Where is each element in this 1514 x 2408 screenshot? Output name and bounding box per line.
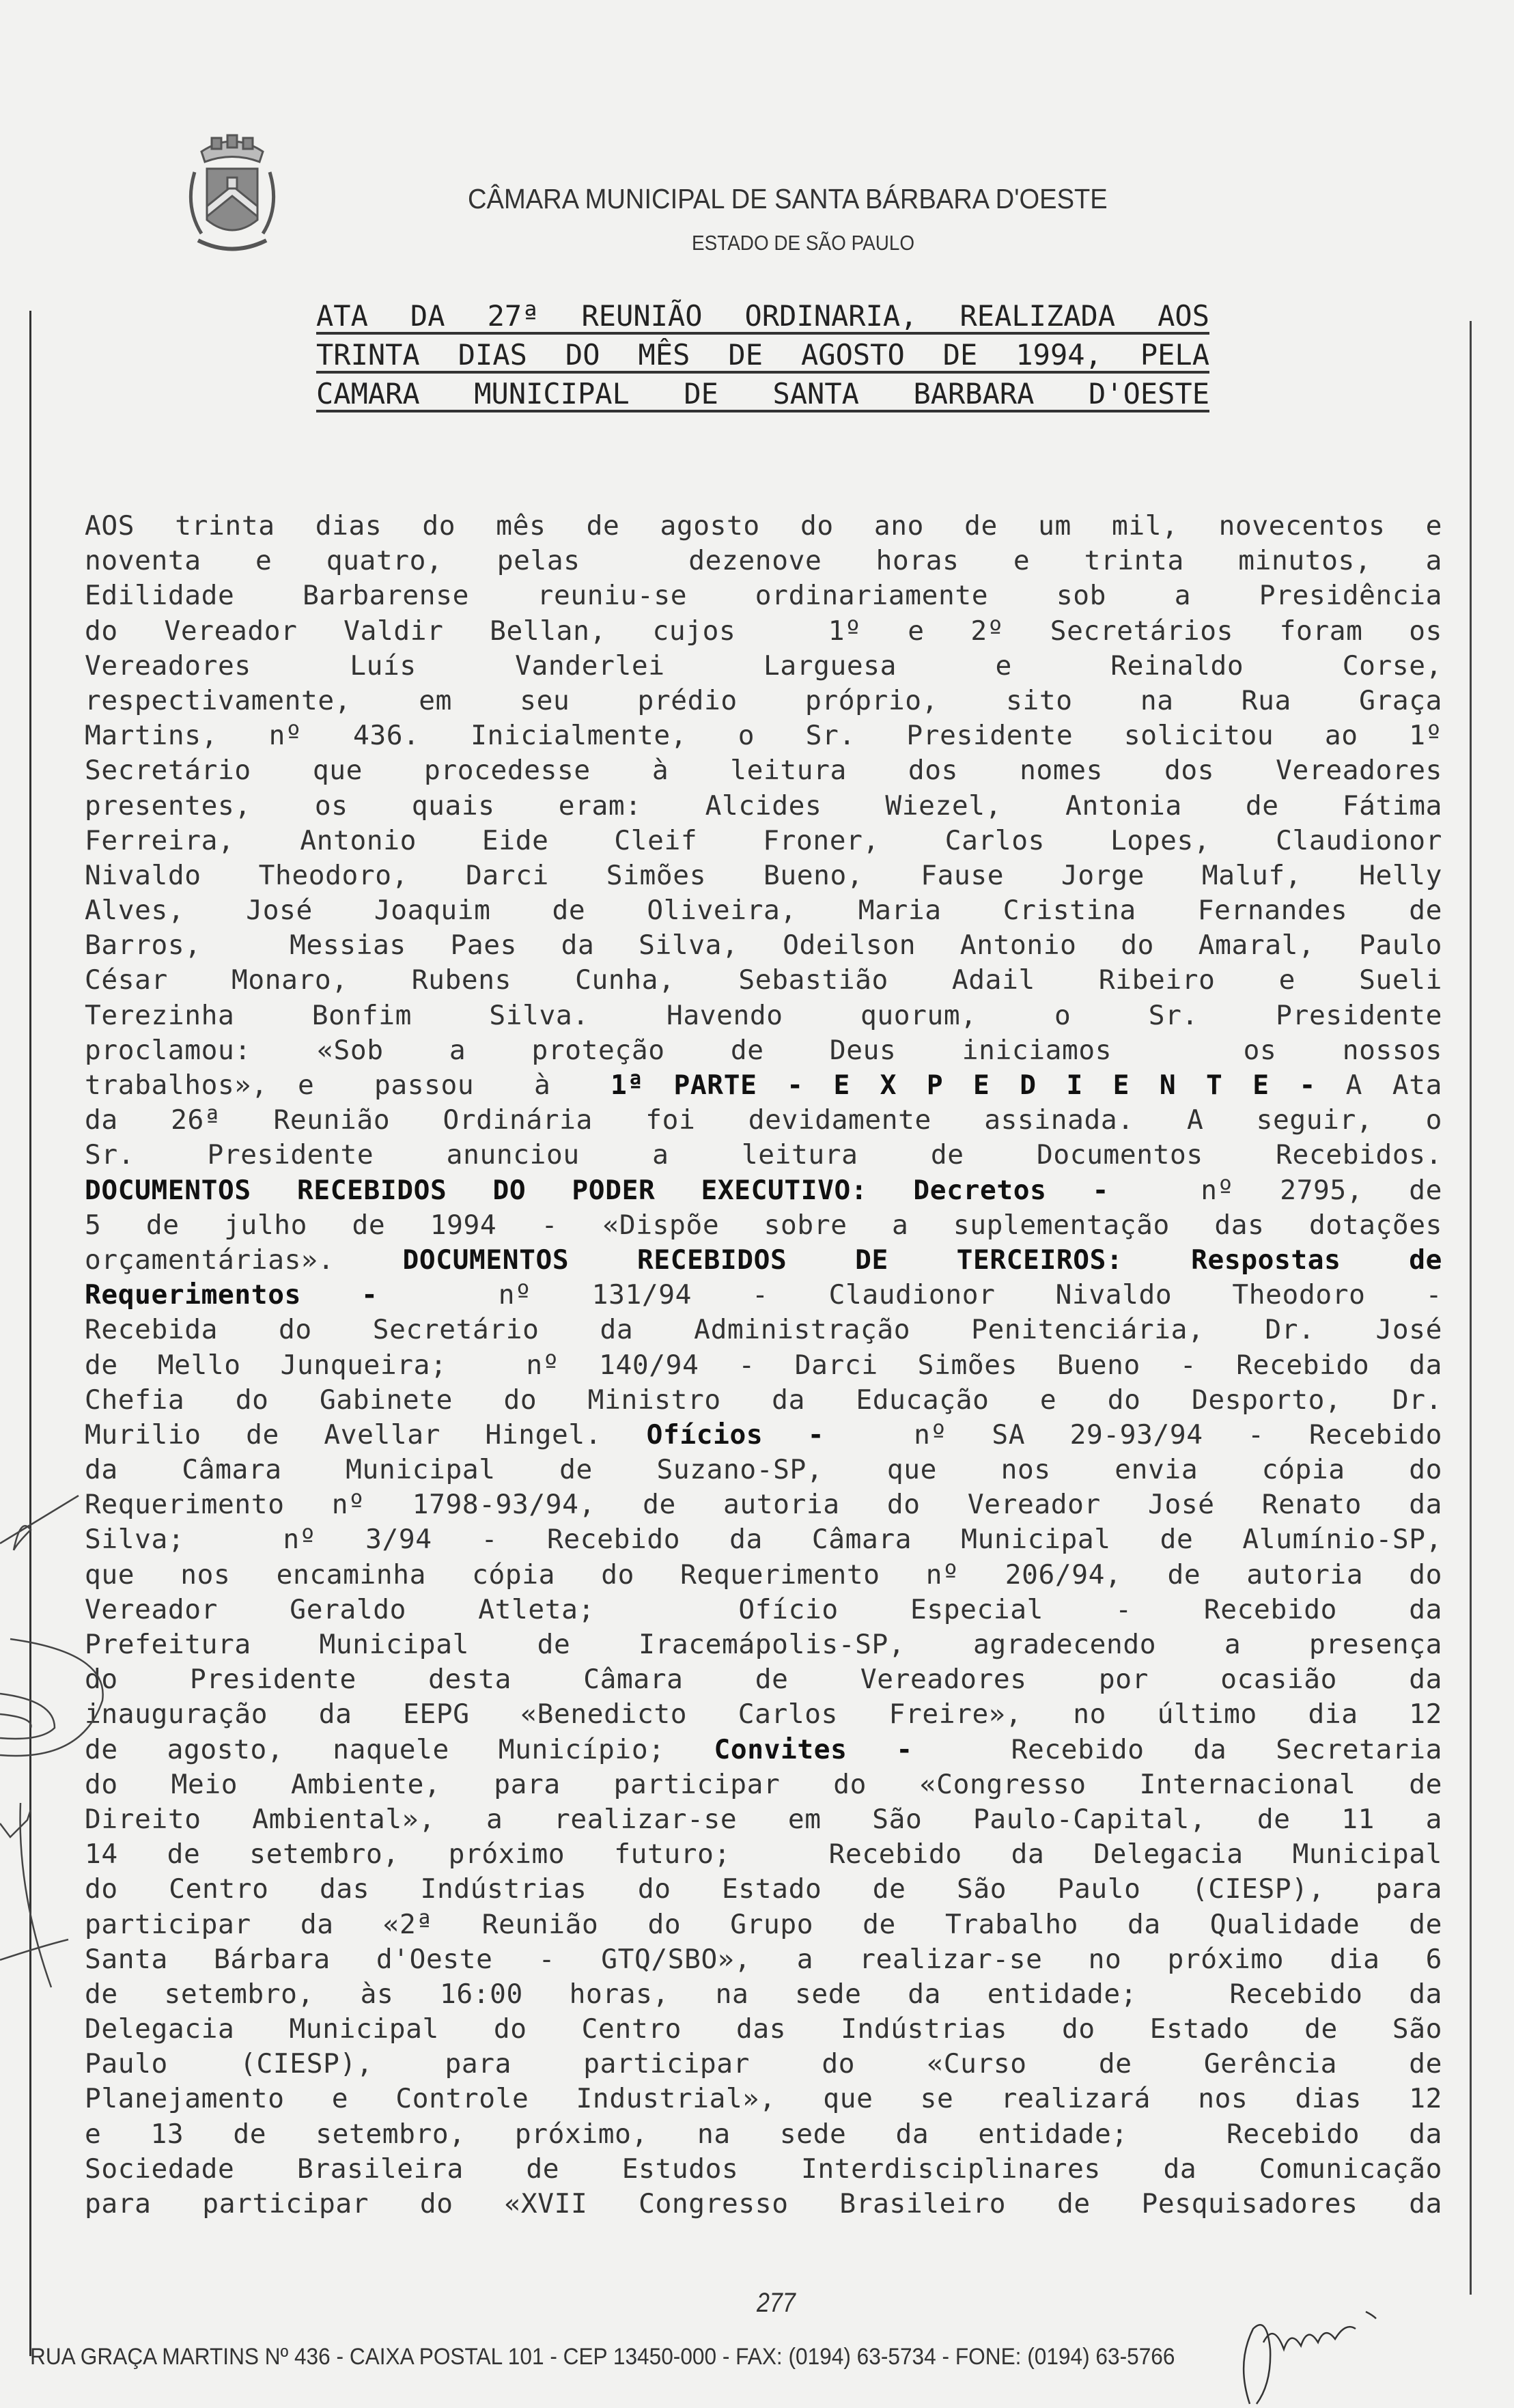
body-text-segment: A Ata — [1316, 1069, 1442, 1101]
body-text-segment: respectivamente, em seu prédio próprio, … — [85, 685, 1442, 716]
body-text-segment: de setembro, às 16:00 horas, na sede da … — [85, 1978, 1442, 2010]
title-line: ATA DA 27ª REUNIÃO ORDINARIA, REALIZADA … — [316, 300, 1209, 335]
signature-icon — [1209, 2301, 1441, 2408]
document-page: CÂMARA MUNICIPAL DE SANTA BÁRBARA D'OEST… — [0, 0, 1514, 2408]
body-line: Martins, nº 436. Inicialmente, o Sr. Pre… — [85, 718, 1442, 753]
body-line: que nos encaminha cópia do Requerimento … — [85, 1558, 1442, 1593]
body-line: inauguração da EEPG «Benedicto Carlos Fr… — [85, 1697, 1442, 1732]
document-title: ATA DA 27ª REUNIÃO ORDINARIA, REALIZADA … — [316, 300, 1209, 417]
body-text-segment: Silva; nº 3/94 - Recebido da Câmara Muni… — [85, 1524, 1442, 1555]
organization-state: ESTADO DE SÃO PAULO — [692, 231, 914, 255]
body-text-segment: do Meio Ambiente, para participar do «Co… — [85, 1769, 1442, 1800]
body-text-segment: nº 131/94 - Claudionor Nivaldo Theodoro … — [378, 1279, 1442, 1311]
body-text-segment: Vereadores Luís Vanderlei Larguesa e Rei… — [85, 650, 1442, 682]
body-line: Paulo (CIESP), para participar do «Curso… — [85, 2047, 1442, 2082]
body-text-segment: César Monaro, Rubens Cunha, Sebastião Ad… — [85, 964, 1442, 996]
body-line: Requerimento nº 1798-93/94, de autoria d… — [85, 1487, 1442, 1522]
body-line: de setembro, às 16:00 horas, na sede da … — [85, 1977, 1442, 2012]
body-line: e 13 de setembro, próximo, na sede da en… — [85, 2117, 1442, 2152]
body-text-segment: 5 de julho de 1994 - «Dispõe sobre a sup… — [85, 1209, 1442, 1241]
right-margin-rule — [1470, 321, 1472, 2295]
body-text-segment: presentes, os quais eram: Alcides Wiezel… — [85, 790, 1442, 822]
body-line: do Vereador Valdir Bellan, cujos 1º e 2º… — [85, 614, 1442, 649]
title-line: TRINTA DIAS DO MÊS DE AGOSTO DE 1994, PE… — [316, 339, 1209, 374]
body-line: Edilidade Barbarense reuniu-se ordinaria… — [85, 578, 1442, 613]
body-text-segment: Recebido da Secretaria — [913, 1734, 1442, 1765]
body-text-segment: Sr. Presidente anunciou a leitura de Doc… — [85, 1139, 1442, 1171]
body-line: Santa Bárbara d'Oeste - GTQ/SBO», a real… — [85, 1942, 1442, 1977]
body-text-segment: Murilio de Avellar Hingel. — [85, 1419, 647, 1451]
body-line: de agosto, naquele Município; Convites -… — [85, 1733, 1442, 1767]
body-line: Murilio de Avellar Hingel. Ofícios - nº … — [85, 1418, 1442, 1453]
body-text-segment: inauguração da EEPG «Benedicto Carlos Fr… — [85, 1698, 1442, 1730]
body-text-segment: Barros, Messias Paes da Silva, Odeilson … — [85, 929, 1442, 961]
body-line: Nivaldo Theodoro, Darci Simões Bueno, Fa… — [85, 858, 1442, 893]
body-text-segment: para participar do «XVII Congresso Brasi… — [85, 2188, 1442, 2220]
body-text-segment: AOS trinta dias do mês de agosto do ano … — [85, 510, 1442, 542]
body-line: Terezinha Bonfim Silva. Havendo quorum, … — [85, 998, 1442, 1033]
body-line: da Câmara Municipal de Suzano-SP, que no… — [85, 1453, 1442, 1487]
body-line: orçamentárias». DOCUMENTOS RECEBIDOS DE … — [85, 1243, 1442, 1278]
body-line: de Mello Junqueira; nº 140/94 - Darci Si… — [85, 1348, 1442, 1383]
body-line: Sociedade Brasileira de Estudos Interdis… — [85, 2152, 1442, 2187]
body-text-segment: Secretário que procedesse à leitura dos … — [85, 755, 1442, 786]
body-line: Ferreira, Antonio Eide Cleif Froner, Car… — [85, 824, 1442, 858]
footer-address: RUA GRAÇA MARTINS Nº 436 - CAIXA POSTAL … — [30, 2344, 1383, 2370]
body-text-segment: Direito Ambiental», a realizar-se em São… — [85, 1804, 1442, 1835]
body-line: respectivamente, em seu prédio próprio, … — [85, 684, 1442, 718]
body-text-segment: Alves, José Joaquim de Oliveira, Maria C… — [85, 895, 1442, 926]
body-line: Chefia do Gabinete do Ministro da Educaç… — [85, 1383, 1442, 1418]
body-line: DOCUMENTOS RECEBIDOS DO PODER EXECUTIVO:… — [85, 1173, 1442, 1208]
body-text-segment: 14 de setembro, próximo futuro; Recebido… — [85, 1838, 1442, 1870]
bold-heading: Requerimentos - — [85, 1279, 378, 1311]
margin-pen-marks — [0, 1468, 137, 2015]
body-line: 5 de julho de 1994 - «Dispõe sobre a sup… — [85, 1208, 1442, 1243]
bold-heading: Convites - — [714, 1734, 912, 1765]
page-number: 277 — [757, 2288, 796, 2319]
body-line: Recebida do Secretário da Administração … — [85, 1313, 1442, 1347]
body-text-segment: da 26ª Reunião Ordinária foi devidamente… — [85, 1104, 1442, 1136]
body-line: para participar do «XVII Congresso Brasi… — [85, 2187, 1442, 2222]
body-text-segment: Santa Bárbara d'Oeste - GTQ/SBO», a real… — [85, 1944, 1442, 1975]
body-text-segment: do Vereador Valdir Bellan, cujos 1º e 2º… — [85, 615, 1442, 647]
body-text-segment: e 13 de setembro, próximo, na sede da en… — [85, 2118, 1442, 2150]
body-text-segment: proclamou: «Sob a proteção de Deus inici… — [85, 1035, 1442, 1066]
title-line: CAMARA MUNICIPAL DE SANTA BARBARA D'OEST… — [316, 378, 1209, 412]
body-line: proclamou: «Sob a proteção de Deus inici… — [85, 1033, 1442, 1068]
body-line: Delegacia Municipal do Centro das Indúst… — [85, 2012, 1442, 2047]
body-text-segment: Edilidade Barbarense reuniu-se ordinaria… — [85, 580, 1442, 611]
body-text-segment: Nivaldo Theodoro, Darci Simões Bueno, Fa… — [85, 860, 1442, 891]
body-line: Alves, José Joaquim de Oliveira, Maria C… — [85, 893, 1442, 928]
body-line: Prefeitura Municipal de Iracemápolis-SP,… — [85, 1627, 1442, 1662]
body-text-segment: noventa e quatro, pelas dezenove horas e… — [85, 545, 1442, 576]
body-text-segment: Delegacia Municipal do Centro das Indúst… — [85, 2013, 1442, 2045]
body-text-segment: do Presidente desta Câmara de Vereadores… — [85, 1664, 1442, 1695]
body-line: noventa e quatro, pelas dezenove horas e… — [85, 544, 1442, 578]
body-line: participar da «2ª Reunião do Grupo de Tr… — [85, 1907, 1442, 1942]
body-text-segment: Chefia do Gabinete do Ministro da Educaç… — [85, 1384, 1442, 1416]
bold-heading: Ofícios - — [647, 1419, 825, 1451]
body-text-segment: Recebida do Secretário da Administração … — [85, 1314, 1442, 1345]
body-text-segment: da Câmara Municipal de Suzano-SP, que no… — [85, 1454, 1442, 1485]
body-text-segment: trabalhos», e passou à — [85, 1069, 611, 1101]
body-line: Secretário que procedesse à leitura dos … — [85, 753, 1442, 788]
body-line: presentes, os quais eram: Alcides Wiezel… — [85, 789, 1442, 824]
body-line: AOS trinta dias do mês de agosto do ano … — [85, 509, 1442, 544]
body-text-segment: Vereador Geraldo Atleta; Ofício Especial… — [85, 1594, 1442, 1625]
bold-heading: DOCUMENTOS RECEBIDOS DO PODER EXECUTIVO:… — [85, 1175, 1109, 1206]
bold-heading: DOCUMENTOS RECEBIDOS DE TERCEIROS: Respo… — [402, 1244, 1442, 1276]
body-text-segment: Planejamento e Controle Industrial», que… — [85, 2083, 1442, 2114]
body-line: da 26ª Reunião Ordinária foi devidamente… — [85, 1103, 1442, 1138]
body-line: 14 de setembro, próximo futuro; Recebido… — [85, 1837, 1442, 1872]
body-text-segment: Ferreira, Antonio Eide Cleif Froner, Car… — [85, 825, 1442, 856]
body-text-segment: Paulo (CIESP), para participar do «Curso… — [85, 2048, 1442, 2080]
body-text-segment: Terezinha Bonfim Silva. Havendo quorum, … — [85, 1000, 1442, 1031]
body-line: Sr. Presidente anunciou a leitura de Doc… — [85, 1138, 1442, 1173]
body-text-segment: Requerimento nº 1798-93/94, de autoria d… — [85, 1489, 1442, 1520]
body-text-segment: participar da «2ª Reunião do Grupo de Tr… — [85, 1909, 1442, 1940]
body-text-segment: que nos encaminha cópia do Requerimento … — [85, 1559, 1442, 1591]
body-line: Barros, Messias Paes da Silva, Odeilson … — [85, 928, 1442, 963]
body-text-segment: nº 2795, de — [1109, 1175, 1442, 1206]
body-text-segment: Martins, nº 436. Inicialmente, o Sr. Pre… — [85, 720, 1442, 751]
body-line: Direito Ambiental», a realizar-se em São… — [85, 1802, 1442, 1837]
body-line: trabalhos», e passou à 1ª PARTE - E X P … — [85, 1068, 1442, 1103]
body-text-segment: de agosto, naquele Município; — [85, 1734, 714, 1765]
body-line: do Centro das Indústrias do Estado de Sã… — [85, 1872, 1442, 1907]
body-text-segment: de Mello Junqueira; nº 140/94 - Darci Si… — [85, 1349, 1442, 1381]
body-text-segment: Prefeitura Municipal de Iracemápolis-SP,… — [85, 1629, 1442, 1660]
organization-name: CÂMARA MUNICIPAL DE SANTA BÁRBARA D'OEST… — [468, 183, 1166, 215]
coat-of-arms-icon — [174, 131, 290, 261]
body-line: Requerimentos - nº 131/94 - Claudionor N… — [85, 1278, 1442, 1313]
body-line: do Presidente desta Câmara de Vereadores… — [85, 1662, 1442, 1697]
body-text-segment: nº SA 29-93/94 - Recebido — [824, 1419, 1442, 1451]
body-line: Vereadores Luís Vanderlei Larguesa e Rei… — [85, 649, 1442, 684]
body-text-segment: Sociedade Brasileira de Estudos Interdis… — [85, 2153, 1442, 2185]
body-text-segment: do Centro das Indústrias do Estado de Sã… — [85, 1873, 1442, 1905]
body-text-segment: orçamentárias». — [85, 1244, 402, 1276]
body-line: Planejamento e Controle Industrial», que… — [85, 2082, 1442, 2116]
body-line: Vereador Geraldo Atleta; Ofício Especial… — [85, 1593, 1442, 1627]
body-line: Silva; nº 3/94 - Recebido da Câmara Muni… — [85, 1522, 1442, 1557]
body-line: do Meio Ambiente, para participar do «Co… — [85, 1767, 1442, 1802]
minutes-body: AOS trinta dias do mês de agosto do ano … — [85, 509, 1442, 2222]
bold-heading: 1ª PARTE - E X P E D I E N T E - — [611, 1069, 1316, 1101]
left-margin-rule — [29, 311, 31, 2356]
body-line: César Monaro, Rubens Cunha, Sebastião Ad… — [85, 963, 1442, 998]
